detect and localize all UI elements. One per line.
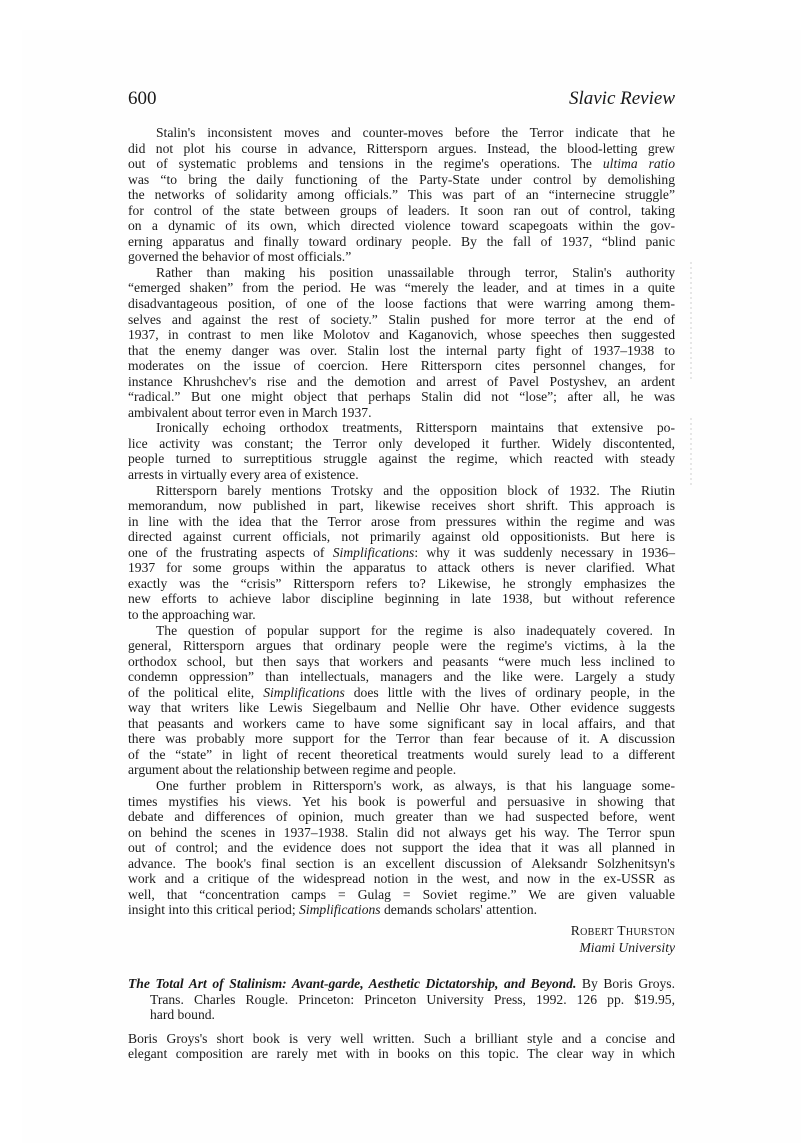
text-line: out of systematic problems and tensions … [128, 156, 675, 172]
text-line: did not plot his course in advance, Ritt… [128, 141, 675, 157]
text-line: on a dynamic of its own, which directed … [128, 218, 675, 234]
text-line: of the “state” in light of recent theore… [128, 747, 675, 763]
text-line: “radical.” But one might object that per… [128, 389, 675, 405]
text-line: Stalin's inconsistent moves and counter-… [128, 125, 675, 141]
text-line: argument about the relationship between … [128, 762, 675, 778]
italic-title: ultima ratio [603, 156, 675, 171]
text-line: exactly was the “crisis” Rittersporn ref… [128, 576, 675, 592]
reviewer-signature: Robert Thurston Miami University [128, 923, 675, 956]
text-line: memorandum, now published in part, likew… [128, 498, 675, 514]
book-author: By Boris Groys. [576, 976, 675, 991]
text-line: on behind the scenes in 1937–1938. Stali… [128, 825, 675, 841]
text-line: directed against current officials, not … [128, 529, 675, 545]
text-line: out of control; and the evidence does no… [128, 840, 675, 856]
text-line: that peasants and workers came to have s… [128, 716, 675, 732]
text-line: one of the frustrating aspects of Simpli… [128, 545, 675, 561]
book-binding: hard bound. [128, 1007, 675, 1023]
text-line: there was probably more support for the … [128, 731, 675, 747]
running-header: 600 Slavic Review [128, 88, 675, 112]
text-line: of the political elite, Simplifications … [128, 685, 675, 701]
text-line: selves and against the rest of society.”… [128, 312, 675, 328]
text-line: Rather than making his position unassail… [128, 265, 675, 281]
text-line: insight into this critical period; Simpl… [128, 902, 675, 918]
text-line: erning apparatus and finally toward ordi… [128, 234, 675, 250]
review-body: Stalin's inconsistent moves and counter-… [128, 125, 675, 1062]
text-line: people turned to surreptitious struggle … [128, 451, 675, 467]
text-line: new efforts to achieve labor discipline … [128, 591, 675, 607]
text-line: work and a critique of the widespread no… [128, 871, 675, 887]
paragraph: Stalin's inconsistent moves and counter-… [128, 125, 675, 265]
text-line: instance Khrushchev's rise and the demot… [128, 374, 675, 390]
text-line: the networks of solidarity among officia… [128, 187, 675, 203]
journal-title: Slavic Review [569, 88, 675, 110]
book-citation: The Total Art of Stalinism: Avant-garde,… [128, 976, 675, 1023]
text-line: way that writers like Lewis Siegelbaum a… [128, 700, 675, 716]
text-line: times mystifies his views. Yet his book … [128, 794, 675, 810]
text-line: Rittersporn barely mentions Trotsky and … [128, 483, 675, 499]
text-line: 1937, in contrast to men like Molotov an… [128, 327, 675, 343]
text-line: for control of the state between groups … [128, 203, 675, 219]
text-line: The question of popular support for the … [128, 623, 675, 639]
text-line: advance. The book's final section is an … [128, 856, 675, 872]
text-line: lice activity was constant; the Terror o… [128, 436, 675, 452]
italic-title: Simplifications [263, 685, 345, 700]
text-line: well, that “concentration camps = Gulag … [128, 887, 675, 903]
paragraph: Rittersporn barely mentions Trotsky and … [128, 483, 675, 623]
reviewer-affiliation: Miami University [579, 940, 675, 955]
italic-title: Simplifications [333, 545, 415, 560]
text-line: elegant composition are rarely met with … [128, 1046, 675, 1062]
text-line: 1937 for some groups within the apparatu… [128, 560, 675, 576]
reviewer-name: Robert Thurston [571, 923, 675, 938]
text-line: Boris Groys's short book is very well wr… [128, 1031, 675, 1047]
paragraph: Rather than making his position unassail… [128, 265, 675, 420]
text-line: moderates on the issue of coercion. Here… [128, 358, 675, 374]
text-line: disadvantageous position, of one of the … [128, 296, 675, 312]
text-line: orthodox school, but then says that work… [128, 654, 675, 670]
text-line: governed the behavior of most officials.… [128, 249, 675, 265]
review-rittersporn: Stalin's inconsistent moves and counter-… [128, 125, 675, 918]
book-title: The Total Art of Stalinism: Avant-garde,… [128, 976, 576, 991]
text-line: that the enemy danger was over. Stalin l… [128, 343, 675, 359]
book-publication-info: Trans. Charles Rougle. Princeton: Prince… [128, 992, 675, 1008]
text-line: arrests in virtually every area of exist… [128, 467, 675, 483]
page-number: 600 [128, 88, 157, 110]
text-line: condemn oppression” than intellectuals, … [128, 669, 675, 685]
text-line: One further problem in Rittersporn's wor… [128, 778, 675, 794]
paragraph: The question of popular support for the … [128, 623, 675, 778]
text-line: “emerged shaken” from the period. He was… [128, 280, 675, 296]
text-line: Ironically echoing orthodox treatments, … [128, 420, 675, 436]
text-line: was “to bring the daily functioning of t… [128, 172, 675, 188]
review-groys-opening: Boris Groys's short book is very well wr… [128, 1031, 675, 1062]
paragraph: One further problem in Rittersporn's wor… [128, 778, 675, 918]
text-line: to the approaching war. [128, 607, 675, 623]
italic-title: Simplifications [299, 902, 381, 917]
text-line: general, Rittersporn argues that ordinar… [128, 638, 675, 654]
text-line: ambivalent about terror even in March 19… [128, 405, 675, 421]
scan-artifact [690, 418, 692, 488]
scan-artifact [690, 262, 692, 382]
text-line: debate and differences of opinion, much … [128, 809, 675, 825]
paragraph: Ironically echoing orthodox treatments, … [128, 420, 675, 482]
text-line: in line with the idea that the Terror ar… [128, 514, 675, 530]
